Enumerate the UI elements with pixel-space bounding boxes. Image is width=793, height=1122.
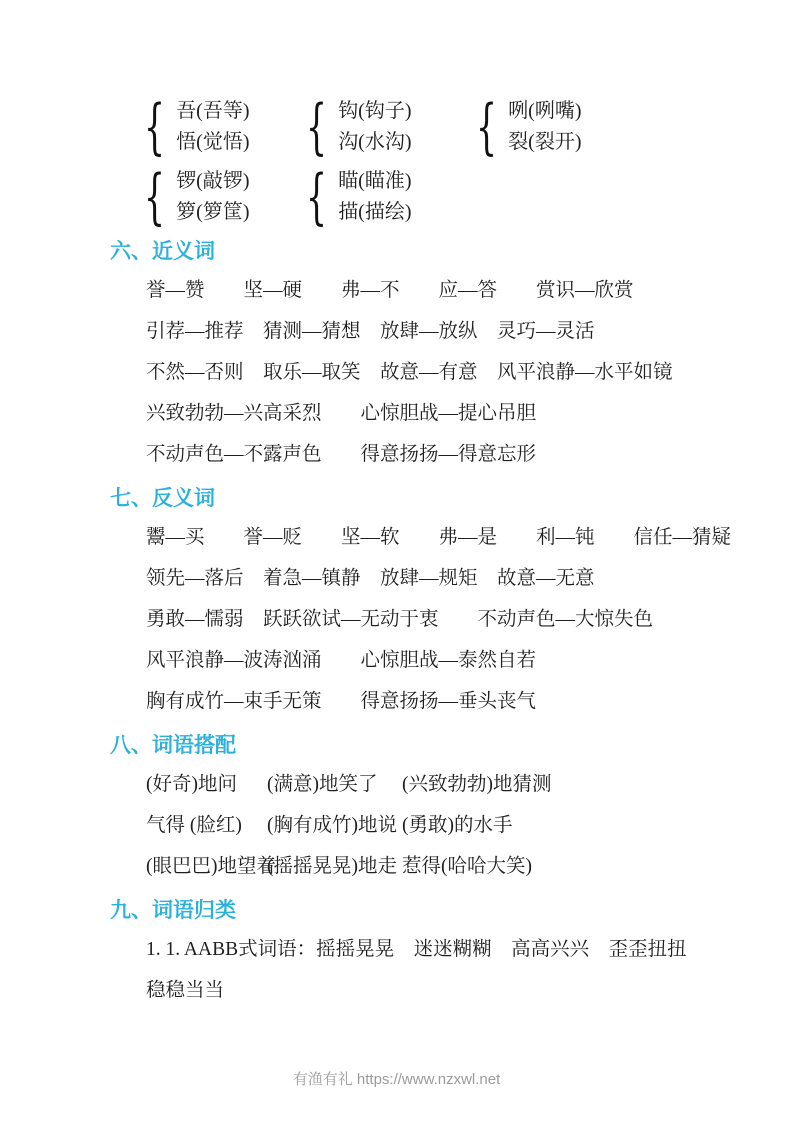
section-title-categorization: 九、词语归类 xyxy=(110,897,753,925)
collocation-item: (勇敢)的水手 xyxy=(402,815,513,836)
collocation-item: (胸有成竹)地说 xyxy=(267,815,402,836)
char-pair: 锣(敲锣) 箩(箩筐) xyxy=(176,166,249,228)
left-brace-icon: { xyxy=(476,96,497,158)
antonym-line: 风平浪静—波涛汹涌 心惊胆战—泰然自若 xyxy=(146,650,753,671)
synonym-line: 不动声色—不露声色 得意扬扬—得意忘形 xyxy=(146,444,753,465)
section-title-synonyms: 六、近义词 xyxy=(110,238,753,266)
char-pair-bottom: 沟(水沟) xyxy=(338,127,411,158)
left-brace-icon: { xyxy=(144,96,165,158)
categorization-line: 稳稳当当 xyxy=(146,980,753,1001)
antonym-line: 勇敢—懦弱 跃跃欲试—无动于衷 不动声色—大惊失色 xyxy=(146,609,753,630)
char-pair-bottom: 描(描绘) xyxy=(338,197,411,228)
char-pair: 钩(钩子) 沟(水沟) xyxy=(338,96,411,158)
char-group-lie: { 咧(咧嘴) 裂(裂开) xyxy=(476,96,582,158)
watermark-footer: 有渔有礼 https://www.nzxwl.net xyxy=(0,1068,793,1089)
synonym-line: 不然—否则 取乐—取笑 故意—有意 风平浪静—水平如镜 xyxy=(146,362,753,383)
antonym-line: 胸有成竹—束手无策 得意扬扬—垂头丧气 xyxy=(146,691,753,712)
collocation-item: (满意)地笑了 xyxy=(267,774,402,795)
char-group-gou: { 钩(钩子) 沟(水沟) xyxy=(306,96,476,158)
categorization-line: 1. 1. AABB式词语：摇摇晃晃 迷迷糊糊 高高兴兴 歪歪扭扭 xyxy=(146,939,753,960)
left-brace-icon: { xyxy=(306,166,327,228)
synonym-line: 兴致勃勃—兴高采烈 心惊胆战—提心吊胆 xyxy=(146,403,753,424)
synonym-line: 誉—赞 坚—硬 弗—不 应—答 赏识—欣赏 xyxy=(146,280,753,301)
char-group-luo: { 锣(敲锣) 箩(箩筐) xyxy=(144,166,306,228)
worksheet-content: { 吾(吾等) 悟(觉悟) { 钩(钩子) 沟(水沟) { xyxy=(0,0,793,1001)
section-title-antonyms: 七、反义词 xyxy=(110,485,753,513)
antonym-line: 领先—落后 着急—镇静 放肆—规矩 故意—无意 xyxy=(146,568,753,589)
char-groups: { 吾(吾等) 悟(觉悟) { 钩(钩子) 沟(水沟) { xyxy=(144,96,753,228)
collocation-item: (兴致勃勃)地猜测 xyxy=(402,774,552,795)
collocation-item: 气得 (脸红) xyxy=(146,815,267,836)
collocation-row: (眼巴巴)地望着 (摇摇晃晃)地走 惹得(哈哈大笑) xyxy=(146,856,753,877)
left-brace-icon: { xyxy=(306,96,327,158)
char-pair: 瞄(瞄准) 描(描绘) xyxy=(338,166,411,228)
char-pair: 吾(吾等) 悟(觉悟) xyxy=(176,96,249,158)
char-group-wu: { 吾(吾等) 悟(觉悟) xyxy=(144,96,306,158)
worksheet-page: { 吾(吾等) 悟(觉悟) { 钩(钩子) 沟(水沟) { xyxy=(0,0,793,1122)
collocation-row: (好奇)地问 (满意)地笑了 (兴致勃勃)地猜测 xyxy=(146,774,753,795)
collocation-item: (眼巴巴)地望着 xyxy=(146,856,267,877)
collocation-item: (好奇)地问 xyxy=(146,774,267,795)
char-pair-bottom: 悟(觉悟) xyxy=(176,127,249,158)
char-pair-bottom: 箩(箩筐) xyxy=(176,197,249,228)
collocation-item: 惹得(哈哈大笑) xyxy=(402,856,532,877)
collocation-item: (摇摇晃晃)地走 xyxy=(267,856,402,877)
synonym-line: 引荐—推荐 猜测—猜想 放肆—放纵 灵巧—灵活 xyxy=(146,321,753,342)
char-pair-top: 瞄(瞄准) xyxy=(338,166,411,197)
char-pair-top: 锣(敲锣) xyxy=(176,166,249,197)
antonym-line: 鬻—买 誉—贬 坚—软 弗—是 利—钝 信任—猜疑 xyxy=(146,527,753,548)
left-brace-icon: { xyxy=(144,166,165,228)
char-pair-top: 钩(钩子) xyxy=(338,96,411,127)
char-pair-top: 咧(咧嘴) xyxy=(508,96,581,127)
char-group-miao: { 瞄(瞄准) 描(描绘) xyxy=(306,166,476,228)
char-group-row: { 吾(吾等) 悟(觉悟) { 钩(钩子) 沟(水沟) { xyxy=(144,96,753,158)
char-group-row: { 锣(敲锣) 箩(箩筐) { 瞄(瞄准) 描(描绘) xyxy=(144,166,753,228)
section-title-collocations: 八、词语搭配 xyxy=(110,732,753,760)
collocation-row: 气得 (脸红) (胸有成竹)地说 (勇敢)的水手 xyxy=(146,815,753,836)
char-pair-top: 吾(吾等) xyxy=(176,96,249,127)
char-pair: 咧(咧嘴) 裂(裂开) xyxy=(508,96,581,158)
char-pair-bottom: 裂(裂开) xyxy=(508,127,581,158)
